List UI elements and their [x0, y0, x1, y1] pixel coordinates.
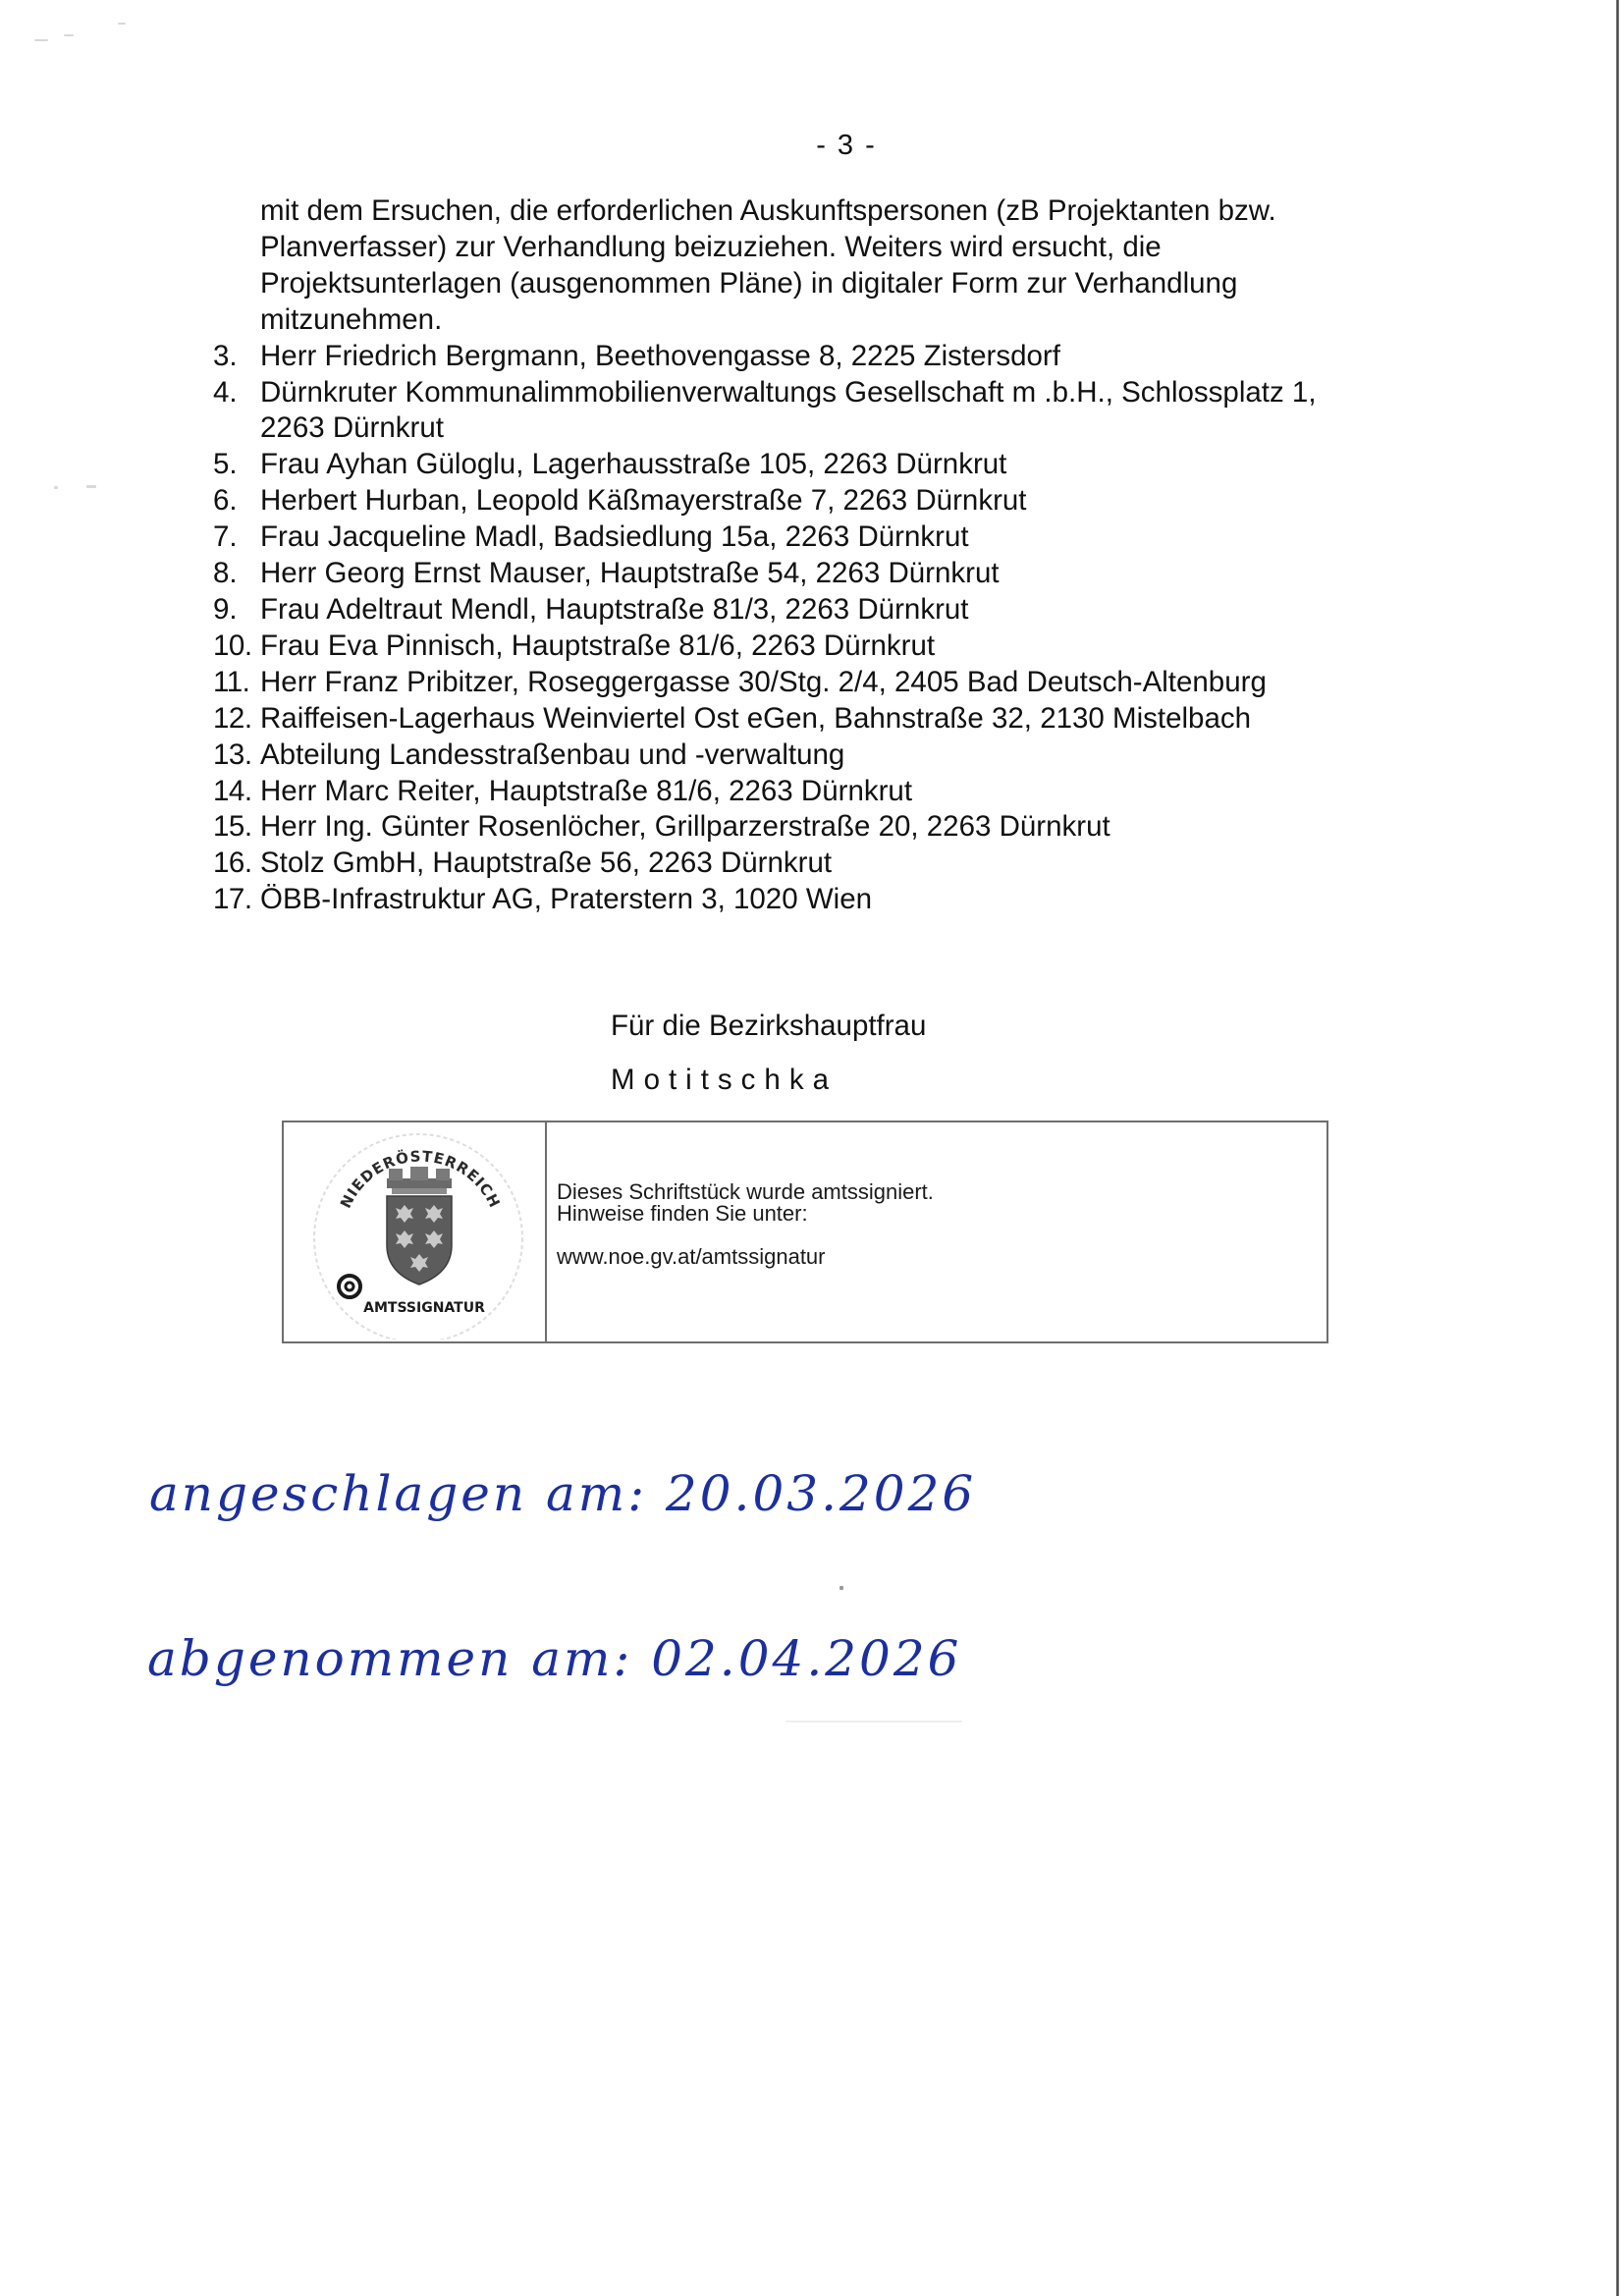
- recipient-text: Frau Ayhan Güloglu, Lagerhausstraße 105,…: [260, 447, 1431, 483]
- recipient-text: Herbert Hurban, Leopold Käßmayerstraße 7…: [260, 483, 1431, 519]
- amtssignatur-info: Dieses Schriftstück wurde amtssigniert. …: [557, 1181, 934, 1268]
- list-number: 15.: [213, 809, 260, 846]
- recipient-text: Herr Friedrich Bergmann, Beethovengasse …: [260, 339, 1431, 375]
- recipient-item: 8.Herr Georg Ernst Mauser, Hauptstraße 5…: [213, 556, 1431, 592]
- signature-name: Motitschka: [611, 1064, 838, 1097]
- recipient-text: 2263 Dürnkrut: [260, 410, 1431, 447]
- list-number: 11.: [213, 665, 260, 701]
- recipient-item: 3.Herr Friedrich Bergmann, Beethovengass…: [213, 339, 1431, 375]
- recipient-text: Frau Adeltraut Mendl, Hauptstraße 81/3, …: [260, 592, 1431, 629]
- recipient-item: 16.Stolz GmbH, Hauptstraße 56, 2263 Dürn…: [213, 846, 1431, 882]
- handwritten-posted-date: angeschlagen am: 20.03.2026: [149, 1465, 976, 1522]
- scan-artifact: [54, 486, 58, 489]
- scan-page-edge: [1616, 0, 1619, 2296]
- recipient-item: 6.Herbert Hurban, Leopold Käßmayerstraße…: [213, 483, 1431, 519]
- recipient-item: 9.Frau Adeltraut Mendl, Hauptstraße 81/3…: [213, 592, 1431, 629]
- list-number: 17.: [213, 882, 260, 918]
- list-number: 12.: [213, 701, 260, 738]
- recipient-text: Herr Georg Ernst Mauser, Hauptstraße 54,…: [260, 556, 1431, 592]
- recipient-item: 11.Herr Franz Pribitzer, Roseggergasse 3…: [213, 665, 1431, 701]
- intro-line: Projektsunterlagen (ausgenommen Pläne) i…: [260, 266, 1431, 302]
- list-number: 7.: [213, 519, 260, 556]
- document-body: mit dem Ersuchen, die erforderlichen Aus…: [213, 193, 1431, 918]
- box-divider: [545, 1122, 547, 1341]
- intro-line: mitzunehmen.: [260, 302, 1431, 339]
- amtssignatur-line2: Hinweise finden Sie unter:: [557, 1203, 934, 1225]
- recipient-text: Abteilung Landesstraßenbau und -verwaltu…: [260, 738, 1431, 774]
- intro-line: Planverfasser) zur Verhandlung beizuzieh…: [260, 230, 1431, 266]
- recipient-text: Herr Marc Reiter, Hauptstraße 81/6, 2263…: [260, 774, 1431, 810]
- amtssignatur-stamp: NIEDERÖSTERREICH: [308, 1127, 526, 1339]
- scan-artifact: [34, 39, 48, 41]
- signature-label: Für die Bezirkshauptfrau: [611, 1010, 926, 1043]
- recipient-list: 3.Herr Friedrich Bergmann, Beethovengass…: [213, 339, 1431, 919]
- recipient-text: Stolz GmbH, Hauptstraße 56, 2263 Dürnkru…: [260, 846, 1431, 882]
- recipient-item: 15.Herr Ing. Günter Rosenlöcher, Grillpa…: [213, 809, 1431, 846]
- recipient-text: Dürnkruter Kommunalimmobilienverwaltungs…: [260, 375, 1431, 411]
- recipient-text: ÖBB-Infrastruktur AG, Praterstern 3, 102…: [260, 882, 1431, 918]
- recipient-text: Frau Jacqueline Madl, Badsiedlung 15a, 2…: [260, 519, 1431, 556]
- recipient-item: 13.Abteilung Landesstraßenbau und -verwa…: [213, 738, 1431, 774]
- scan-artifact: [86, 485, 96, 488]
- recipient-item: 17.ÖBB-Infrastruktur AG, Praterstern 3, …: [213, 882, 1431, 918]
- document-page: - 3 - mit dem Ersuchen, die erforderlich…: [0, 0, 1624, 2296]
- scan-artifact: [64, 34, 74, 36]
- amtssignatur-line1: Dieses Schriftstück wurde amtssigniert.: [557, 1181, 934, 1203]
- stamp-bottom-text: AMTSSIGNATUR: [363, 1300, 485, 1316]
- recipient-text: Herr Franz Pribitzer, Roseggergasse 30/S…: [260, 665, 1431, 701]
- recipient-text: Frau Eva Pinnisch, Hauptstraße 81/6, 226…: [260, 629, 1431, 665]
- list-number: 3.: [213, 339, 260, 375]
- handwritten-removed-date: abgenommen am: 02.04.2026: [147, 1630, 961, 1687]
- list-number: 13.: [213, 738, 260, 774]
- recipient-item: 7.Frau Jacqueline Madl, Badsiedlung 15a,…: [213, 519, 1431, 556]
- intro-paragraph: mit dem Ersuchen, die erforderlichen Aus…: [213, 193, 1431, 339]
- list-number: 6.: [213, 483, 260, 519]
- recipient-item: 10.Frau Eva Pinnisch, Hauptstraße 81/6, …: [213, 629, 1431, 665]
- list-number: 14.: [213, 774, 260, 810]
- list-number: 4.: [213, 375, 260, 411]
- scan-artifact: [839, 1586, 843, 1590]
- amtssignatur-url[interactable]: www.noe.gv.at/amtssignatur: [557, 1246, 934, 1268]
- scan-artifact: [785, 1721, 962, 1722]
- scan-artifact: [118, 23, 126, 25]
- recipient-text: Raiffeisen-Lagerhaus Weinviertel Ost eGe…: [260, 701, 1431, 738]
- list-number: 5.: [213, 447, 260, 483]
- page-number: - 3 -: [0, 130, 1624, 162]
- list-number: 10.: [213, 629, 260, 665]
- coat-of-arms-icon: [387, 1167, 452, 1285]
- list-number: 8.: [213, 556, 260, 592]
- amtssignatur-box: NIEDERÖSTERREICH: [282, 1121, 1328, 1343]
- recipient-item: 5.Frau Ayhan Güloglu, Lagerhausstraße 10…: [213, 447, 1431, 483]
- recipient-item: 14.Herr Marc Reiter, Hauptstraße 81/6, 2…: [213, 774, 1431, 810]
- recipient-item: 4.Dürnkruter Kommunalimmobilienverwaltun…: [213, 375, 1431, 448]
- intro-line: mit dem Ersuchen, die erforderlichen Aus…: [260, 193, 1431, 230]
- list-number: 9.: [213, 592, 260, 629]
- recipient-text: Herr Ing. Günter Rosenlöcher, Grillparze…: [260, 809, 1431, 846]
- recipient-item: 12.Raiffeisen-Lagerhaus Weinviertel Ost …: [213, 701, 1431, 738]
- list-number: 16.: [213, 846, 260, 882]
